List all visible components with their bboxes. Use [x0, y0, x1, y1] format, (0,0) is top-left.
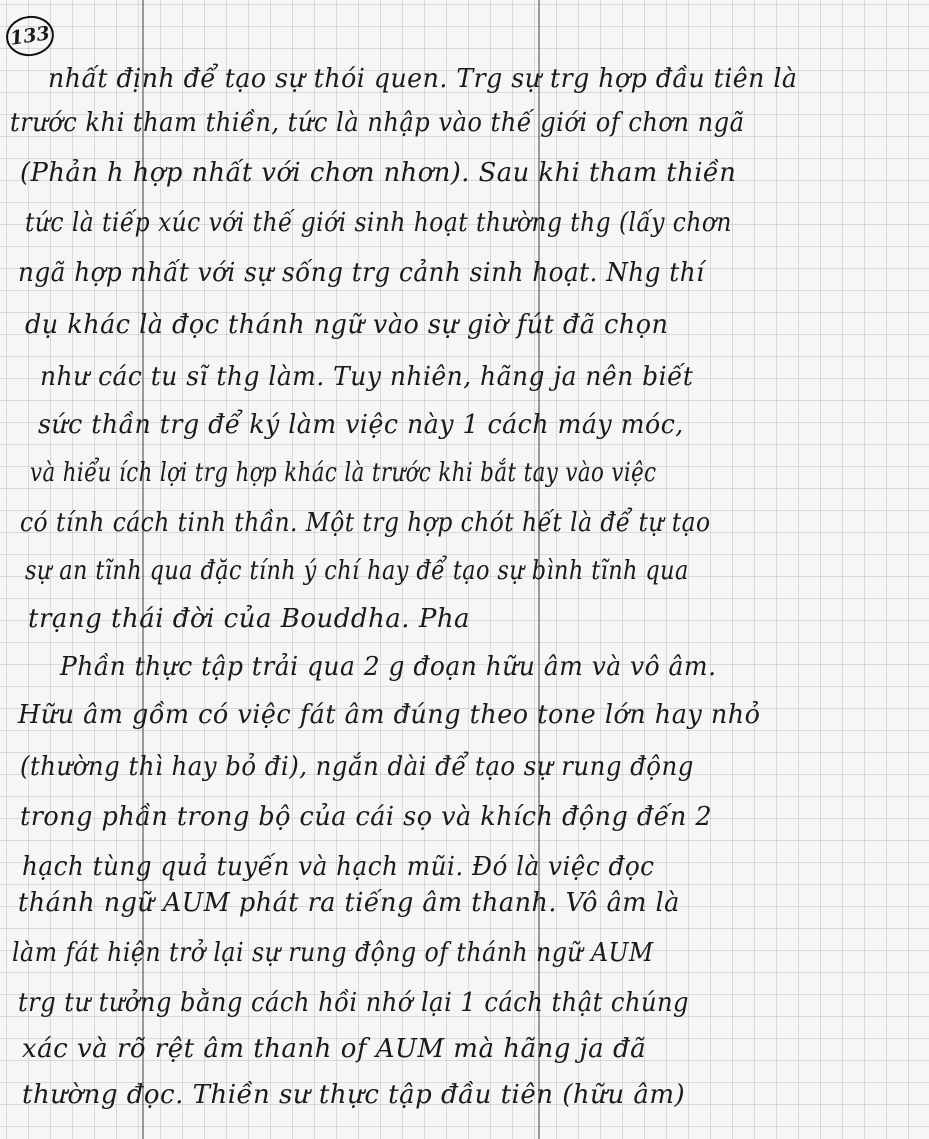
text-line: dụ khác là đọc thánh ngữ vào sự giờ fút … [25, 310, 668, 340]
text-line: Hữu âm gồm có việc fát âm đúng theo tone… [18, 700, 760, 730]
text-line: thánh ngữ AUM phát ra tiếng âm thanh. Vô… [18, 888, 680, 918]
text-line: sự an tĩnh qua đặc tính ý chí hay để tạo… [25, 556, 689, 586]
text-line: hạch tùng quả tuyến và hạch mũi. Đó là v… [22, 852, 654, 882]
text-line: (Phản h hợp nhất với chơn nhơn). Sau khi… [20, 158, 736, 188]
text-line: trạng thái đời của Bouddha. Pha [28, 604, 470, 634]
text-line: trước khi tham thiền, tức là nhập vào th… [10, 108, 744, 138]
text-line: và hiểu ích lợi trg hợp khác là trước kh… [30, 458, 656, 488]
text-line: trong phần trong bộ của cái sọ và khích … [20, 802, 712, 832]
text-line: Phần thực tập trải qua 2 g đoạn hữu âm v… [60, 652, 716, 682]
text-line: sức thần trg để ký làm việc này 1 cách m… [38, 410, 684, 440]
text-line: tức là tiếp xúc với thế giới sinh hoạt t… [25, 208, 732, 238]
text-line: có tính cách tinh thần. Một trg hợp chót… [20, 508, 711, 538]
text-line: nhất định để tạo sự thói quen. Trg sự tr… [48, 64, 797, 94]
text-line: như các tu sĩ thg làm. Tuy nhiên, hãng j… [40, 362, 693, 392]
text-line: trg tư tưởng bằng cách hồi nhớ lại 1 các… [18, 988, 689, 1018]
text-line: thường đọc. Thiền sư thực tập đầu tiên (… [22, 1080, 685, 1110]
page-number: 133 [3, 13, 56, 59]
text-line: (thường thì hay bỏ đi), ngắn dài để tạo … [20, 752, 694, 782]
text-line: xác và rõ rệt âm thanh of AUM mà hãng ja… [22, 1034, 646, 1064]
text-line: ngã hợp nhất với sự sống trg cảnh sinh h… [18, 258, 704, 288]
text-line: làm fát hiện trở lại sự rung động of thá… [12, 938, 654, 968]
